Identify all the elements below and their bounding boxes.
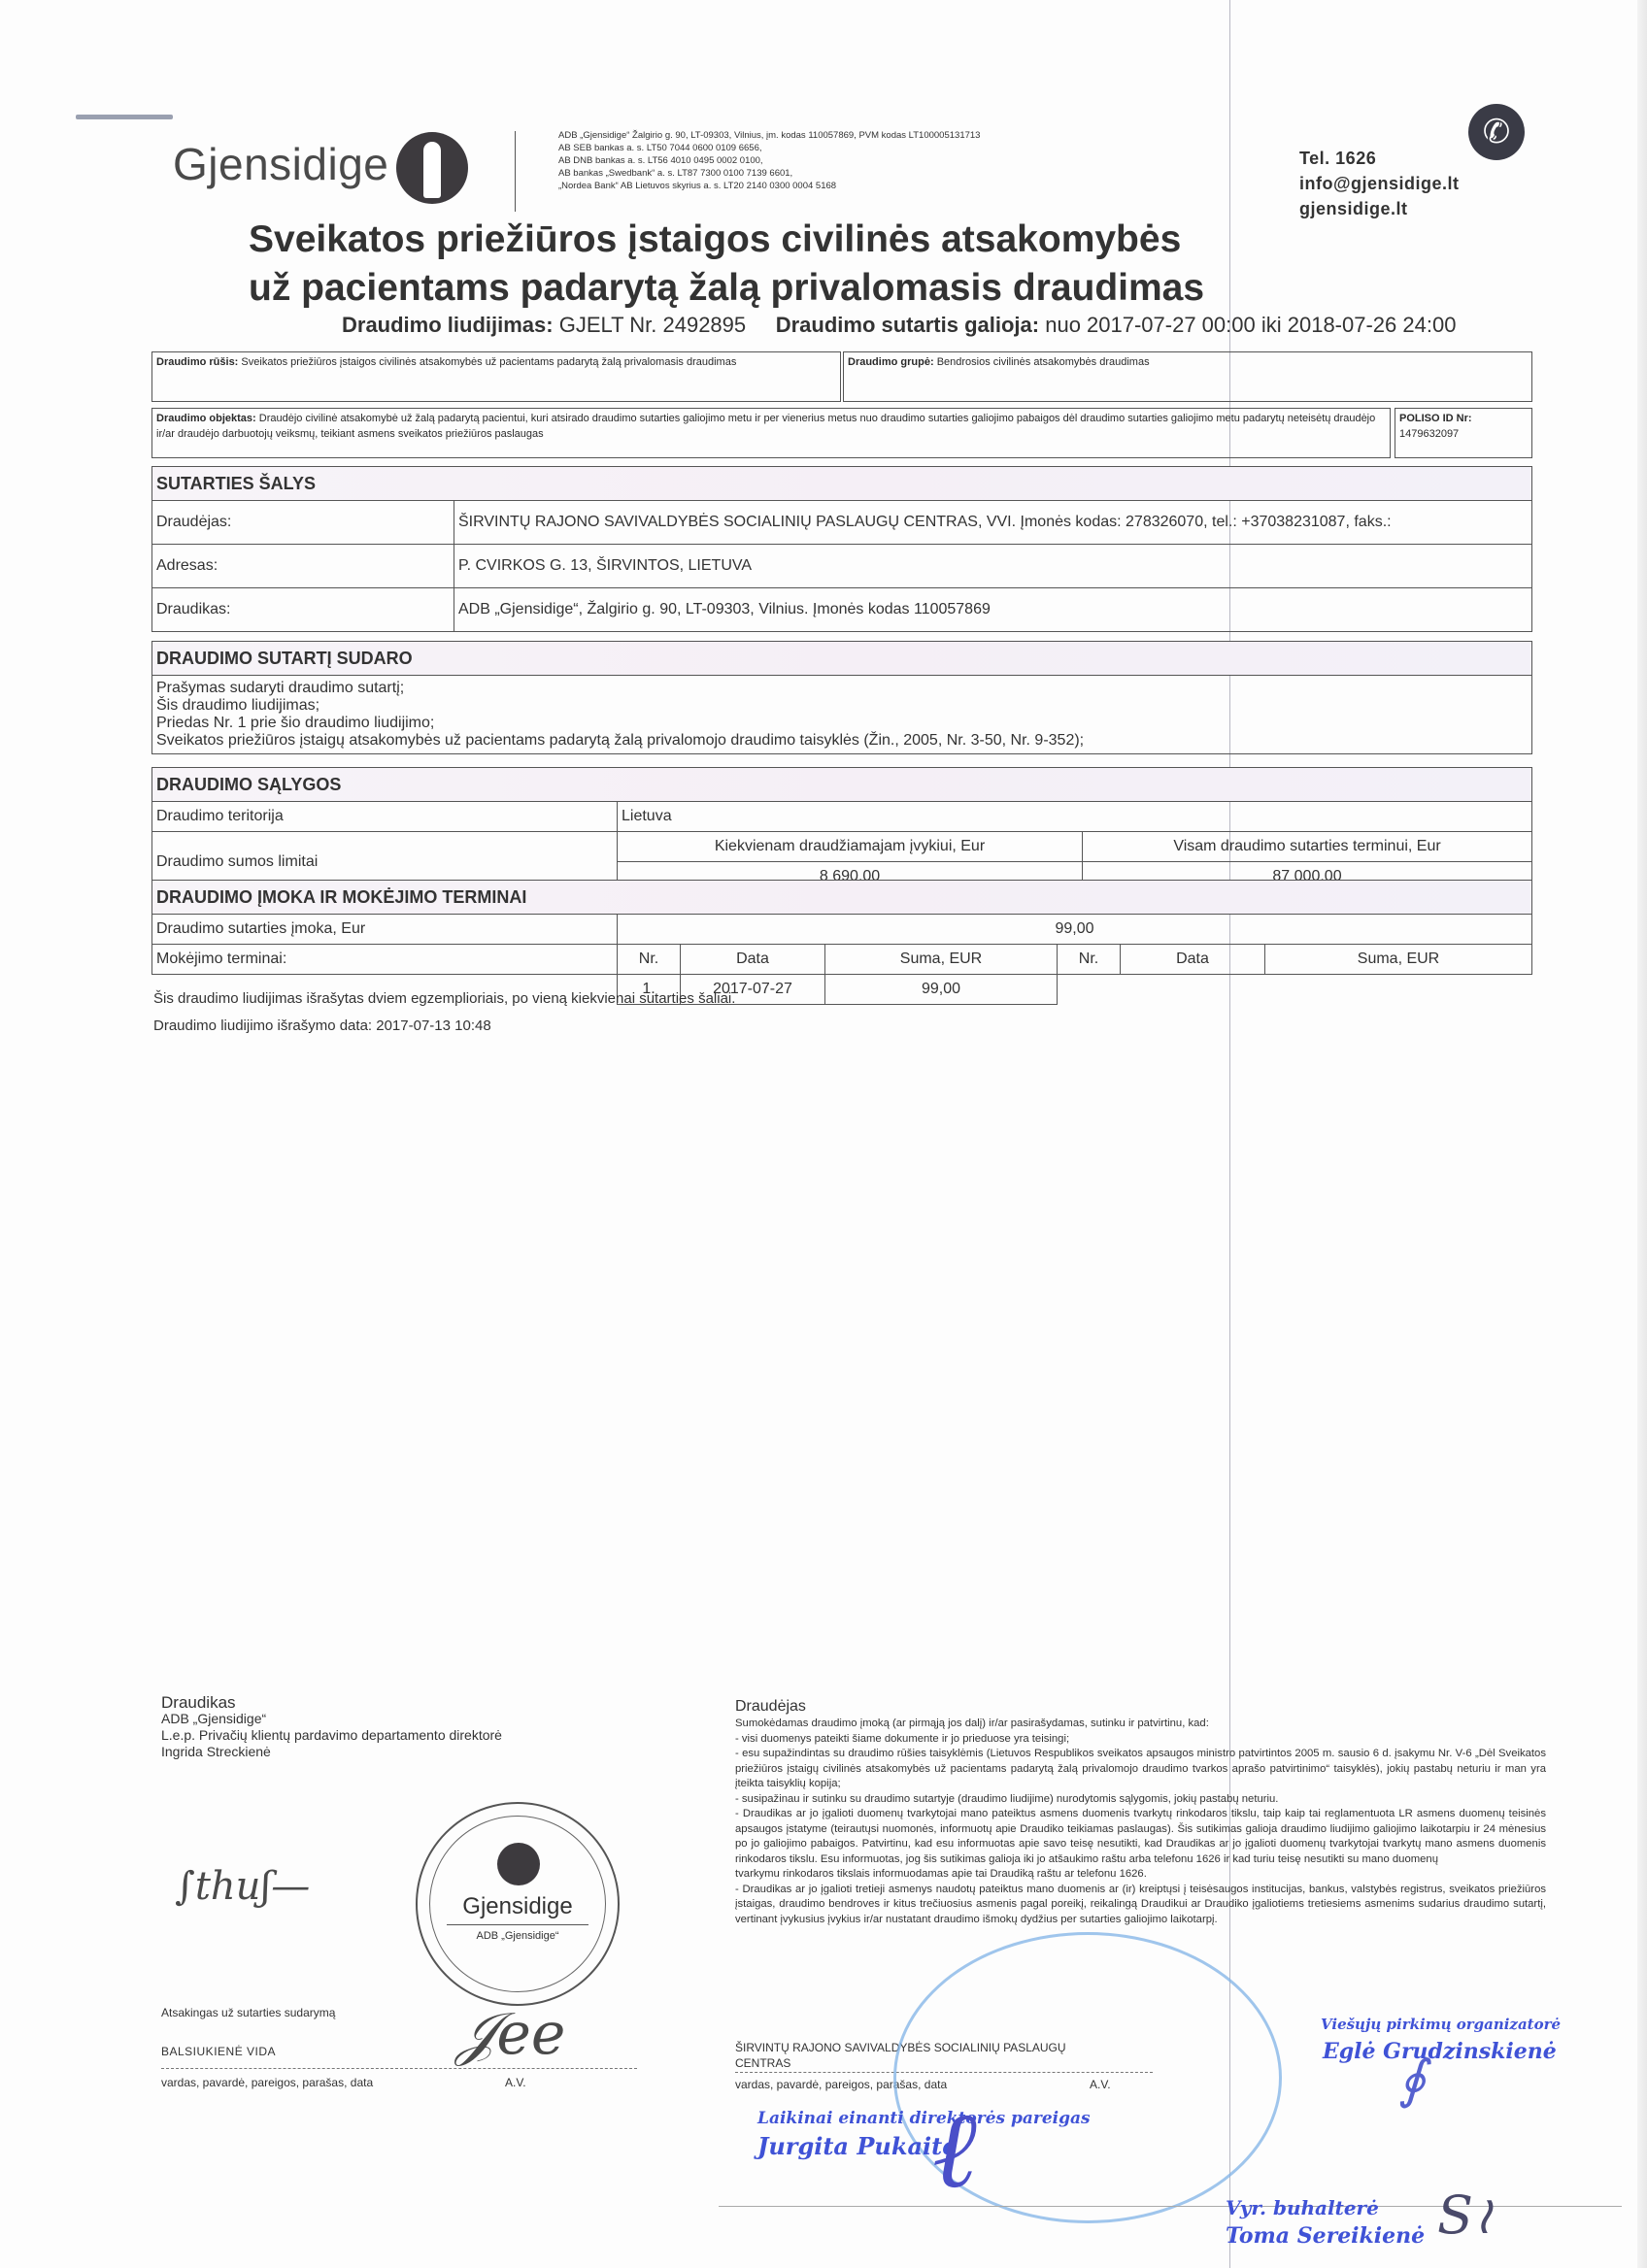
column-header: Data (1121, 945, 1265, 975)
column-header: Suma, EUR (825, 945, 1058, 975)
responsible-handwritten-signature: 𝒥ee (456, 2000, 565, 2068)
list-item: Priedas Nr. 1 prie šio draudimo liudijim… (156, 715, 1528, 732)
terms-label: Mokėjimo terminai: (152, 945, 618, 975)
director-title: Laikinai einanti direktorės pareigas (757, 2109, 1091, 2128)
certificate-label: Draudimo liudijimas: (342, 313, 554, 337)
table-row: Draudėjas: ŠIRVINTŲ RAJONO SAVIVALDYBĖS … (152, 501, 1532, 545)
title-line-1: Sveikatos priežiūros įstaigos civilinės … (249, 216, 1204, 264)
responsible-label: Atsakingas už sutarties sudarymą (161, 2006, 335, 2019)
stamp-place-label: A.V. (505, 2076, 526, 2089)
insurance-group-value: Bendrosios civilinės atsakomybės draudim… (937, 356, 1150, 368)
document-title: Sveikatos priežiūros įstaigos civilinės … (249, 216, 1204, 313)
company-info: ADB „Gjensidige“ Žalgirio g. 90, LT-0930… (558, 129, 980, 192)
insurance-object-box: Draudimo objektas: Draudėjo civilinė ats… (151, 408, 1391, 458)
table-row: Draudimo sumos limitai Kiekvienam draudž… (152, 832, 1532, 862)
conditions-table: DRAUDIMO SĄLYGOS Draudimo teritorija Lie… (151, 767, 1532, 892)
company-info-line: AB bankas „Swedbank“ a. s. LT87 7300 010… (558, 167, 980, 180)
contact-phone: Tel. 1626 (1299, 146, 1460, 171)
section-heading: DRAUDIMO SUTARTĮ SUDARO (152, 642, 1532, 676)
company-info-line: ADB „Gjensidige“ Žalgirio g. 90, LT-0930… (558, 129, 980, 142)
contract-documents: Prašymas sudaryti draudimo sutartį; Šis … (152, 676, 1532, 754)
party-label: Adresas: (152, 545, 454, 588)
party-label: Draudikas: (152, 588, 454, 632)
insurer-company: ADB „Gjensidige“ (161, 1711, 502, 1727)
column-header: Nr. (618, 945, 681, 975)
payment-sum: 99,00 (825, 975, 1058, 1005)
scan-fold-line (1229, 0, 1230, 2268)
table-row: Adresas: P. CVIRKOS G. 13, ŠIRVINTOS, LI… (152, 545, 1532, 588)
accountant-title: Vyr. buhalterė (1226, 2196, 1379, 2219)
insurer-handwritten-signature: ∫thuʃ— (175, 1864, 310, 1909)
scan-mark (76, 115, 173, 119)
policy-id-box: POLISO ID Nr: 1479632097 (1395, 408, 1532, 458)
insurance-object-value: Draudėjo civilinė atsakomybė už žalą pad… (156, 413, 1375, 440)
table-row: Draudimo teritorija Lietuva (152, 802, 1532, 832)
insurer-heading: Draudikas (161, 1694, 502, 1711)
director-handwritten-signature: ℓ (932, 2087, 977, 2213)
territory-label: Draudimo teritorija (152, 802, 618, 832)
insurance-group-box: Draudimo grupė: Bendrosios civilinės ats… (843, 351, 1532, 402)
section-heading: DRAUDIMO SĄLYGOS (152, 768, 1532, 802)
declaration-paragraph: - esu supažindintas su draudimo rūšies t… (735, 1747, 1546, 1792)
logo-text: Gjensidige (173, 138, 388, 190)
list-item: Šis draudimo liudijimas; (156, 697, 1528, 715)
insurer-name: Ingrida Streckienė (161, 1744, 502, 1760)
procurement-handwritten-signature: ∮ (1398, 2049, 1426, 2110)
insured-heading: Draudėjas (735, 1697, 1546, 1717)
payment-table: DRAUDIMO ĮMOKA IR MOKĖJIMO TERMINAI Drau… (151, 880, 1532, 1005)
scan-edge (1637, 0, 1647, 2268)
insurer-position: L.e.p. Privačių klientų pardavimo depart… (161, 1727, 502, 1744)
section-heading: SUTARTIES ŠALYS (152, 467, 1532, 501)
signature-caption: vardas, pavardė, pareigos, parašas, data (161, 2076, 373, 2089)
director-name: Jurgita Pukaitė (757, 2132, 958, 2160)
party-value: ADB „Gjensidige“, Žalgirio g. 90, LT-093… (454, 588, 1532, 632)
parties-table: SUTARTIES ŠALYS Draudėjas: ŠIRVINTŲ RAJO… (151, 466, 1532, 632)
procurement-name: Eglė Grudzinskienė (1323, 2039, 1557, 2064)
signature-line (161, 2068, 637, 2069)
declaration-paragraph: - visi duomenys pateikti šiame dokumente… (735, 1732, 1546, 1748)
accountant-handwritten-signature: S≀ (1437, 2185, 1493, 2246)
contact-block: Tel. 1626 info@gjensidige.lt gjensidige.… (1299, 146, 1460, 221)
phone-icon: ✆ (1468, 104, 1525, 160)
issue-date: Draudimo liudijimo išrašymo data: 2017-0… (153, 1017, 491, 1034)
stamp-name: Gjensidige (418, 1893, 618, 1920)
responsible-name: BALSIUKIENĖ VIDA (161, 2045, 276, 2058)
party-value: P. CVIRKOS G. 13, ŠIRVINTOS, LIETUVA (454, 545, 1532, 588)
procurement-title: Viešųjų pirkimų organizatorė (1321, 2016, 1561, 2033)
declaration-paragraph: tvarkymu rinkodaros tikslais informuodam… (735, 1867, 1546, 1883)
column-header: Suma, EUR (1265, 945, 1532, 975)
total-label: Visam draudimo sutarties terminui, Eur (1083, 832, 1532, 862)
party-value: ŠIRVINTŲ RAJONO SAVIVALDYBĖS SOCIALINIŲ … (454, 501, 1532, 545)
insurer-signature-block: Draudikas ADB „Gjensidige“ L.e.p. Privač… (161, 1694, 502, 1760)
declaration-paragraph: Sumokėdamas draudimo įmoką (ar pirmąją j… (735, 1717, 1546, 1732)
header-divider (515, 131, 516, 212)
validity-period: nuo 2017-07-27 00:00 iki 2018-07-26 24:0… (1045, 313, 1456, 337)
accountant-name: Toma Sereikienė (1226, 2223, 1425, 2249)
list-item: Prašymas sudaryti draudimo sutartį; (156, 680, 1528, 697)
gjensidige-round-stamp: Gjensidige ADB „Gjensidige“ (416, 1802, 620, 2006)
table-row: Draudimo sutarties įmoka, Eur 99,00 (152, 915, 1532, 945)
declaration-paragraph: - Draudikas ar jo įgalioti duomenų tvark… (735, 1807, 1546, 1867)
insured-declaration: Draudėjas Sumokėdamas draudimo įmoką (ar… (735, 1697, 1546, 1927)
company-info-line: AB DNB bankas a. s. LT56 4010 0495 0002 … (558, 154, 980, 167)
column-header: Data (681, 945, 825, 975)
company-info-line: AB SEB bankas a. s. LT50 7044 0600 0109 … (558, 142, 980, 154)
title-line-2: už pacientams padarytą žalą privalomasis… (249, 264, 1204, 313)
insurance-type-value: Sveikatos priežiūros įstaigos civilinės … (241, 356, 736, 368)
insurance-group-label: Draudimo grupė: (848, 356, 934, 368)
policy-id-label: POLISO ID Nr: (1399, 413, 1472, 424)
premium-label: Draudimo sutarties įmoka, Eur (152, 915, 618, 945)
section-heading: DRAUDIMO ĮMOKA IR MOKĖJIMO TERMINAI (152, 881, 1532, 915)
certificate-number: GJELT Nr. 2492895 (559, 313, 746, 337)
per-event-label: Kiekvienam draudžiamajam įvykiui, Eur (618, 832, 1083, 862)
declaration-paragraph: - Draudikas ar jo įgalioti tretieji asme… (735, 1883, 1546, 1928)
party-label: Draudėjas: (152, 501, 454, 545)
insurance-type-box: Draudimo rūšis: Sveikatos priežiūros įst… (151, 351, 841, 402)
list-item: Sveikatos priežiūros įstaigų atsakomybės… (156, 732, 1528, 750)
copies-note: Šis draudimo liudijimas išrašytas dviem … (153, 990, 735, 1007)
premium-value: 99,00 (618, 915, 1532, 945)
table-header-row: Mokėjimo terminai: Nr. Data Suma, EUR Nr… (152, 945, 1532, 975)
table-row: Draudikas: ADB „Gjensidige“, Žalgirio g.… (152, 588, 1532, 632)
gjensidige-logo-icon (396, 132, 468, 204)
territory-value: Lietuva (618, 802, 1532, 832)
declaration-paragraph: - susipažinau ir sutinku su draudimo sut… (735, 1792, 1546, 1808)
column-header: Nr. (1058, 945, 1121, 975)
stamp-logo-icon (497, 1843, 540, 1885)
stamp-subtitle: ADB „Gjensidige“ (418, 1930, 618, 1942)
insurance-object-label: Draudimo objektas: (156, 413, 256, 424)
contact-website[interactable]: gjensidige.lt (1299, 196, 1460, 221)
certificate-subtitle: Draudimo liudijimas: GJELT Nr. 2492895 D… (342, 313, 1456, 338)
policy-id-value: 1479632097 (1399, 428, 1459, 440)
contract-table: DRAUDIMO SUTARTĮ SUDARO Prašymas sudaryt… (151, 641, 1532, 754)
validity-label: Draudimo sutartis galioja: (776, 313, 1039, 337)
insurance-type-label: Draudimo rūšis: (156, 356, 238, 368)
company-info-line: „Nordea Bank“ AB Lietuvos skyrius a. s. … (558, 180, 980, 192)
contact-email[interactable]: info@gjensidige.lt (1299, 171, 1460, 196)
